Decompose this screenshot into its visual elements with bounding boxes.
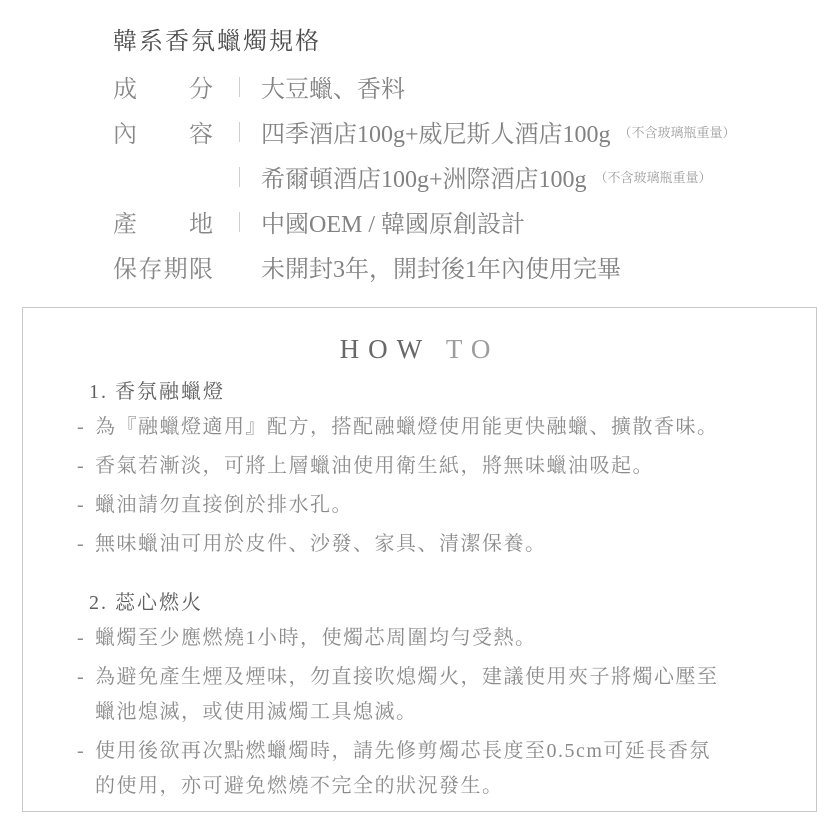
spec-row-divider	[239, 77, 240, 97]
bullet-marker: -	[77, 660, 85, 695]
spec-row-value: 希爾頓酒店100g+洲際酒店100g	[261, 159, 587, 194]
spec-row-label: 內容	[113, 114, 213, 149]
spec-row-ingredients: 成分 大豆蠟、香料	[113, 64, 736, 109]
bullet-item: - 無味蠟油可用於皮件、沙發、家具、清潔保養。	[75, 527, 782, 562]
bullet-item: - 為避免產生煙及煙味，勿直接吹熄燭火，建議使用夾子將燭心壓至 蠟池熄滅，或使用…	[75, 660, 782, 730]
product-spec: 韓系香氛蠟燭規格 成分 大豆蠟、香料 內容 四季酒店100g+威尼斯人酒店100…	[113, 27, 736, 289]
bullet-item: - 為『融蠟燈適用』配方，搭配融蠟燈使用能更快融蠟、擴散香味。	[75, 410, 782, 445]
howto-title-secondary: TO	[446, 334, 500, 364]
bullet-marker: -	[77, 621, 85, 656]
bullet-list: - 為『融蠟燈適用』配方，搭配融蠟燈使用能更快融蠟、擴散香味。 - 香氣若漸淡，…	[75, 410, 782, 562]
spec-row-shelf-life: 保存期限 未開封3年，開封後1年內使用完畢	[113, 244, 736, 289]
spec-row-divider	[239, 212, 240, 232]
bullet-item: - 蠟燭至少應燃燒1小時，使燭芯周圍均勻受熱。	[75, 621, 782, 656]
spec-row-note: （不含玻璃瓶重量）	[595, 167, 712, 186]
bullet-item: - 使用後欲再次點燃蠟燭時，請先修剪燭芯長度至0.5cm可延長香氛 的使用，亦可…	[75, 734, 782, 804]
bullet-marker: -	[77, 488, 85, 523]
product-info-page: 韓系香氛蠟燭規格 成分 大豆蠟、香料 內容 四季酒店100g+威尼斯人酒店100…	[0, 0, 836, 836]
bullet-text: 蠟油請勿直接倒於排水孔。	[95, 494, 353, 516]
section-heading: 1. 香氛融蠟燈	[89, 375, 782, 410]
bullet-list: - 蠟燭至少應燃燒1小時，使燭芯周圍均勻受熱。 - 為避免產生煙及煙味，勿直接吹…	[75, 621, 782, 804]
spec-row-value: 未開封3年，開封後1年內使用完畢	[261, 249, 621, 284]
howto-title-primary: HOW	[340, 334, 431, 364]
bullet-text: 為『融蠟燈適用』配方，搭配融蠟燈使用能更快融蠟、擴散香味。	[95, 416, 719, 438]
bullet-text: 蠟燭至少應燃燒1小時，使燭芯周圍均勻受熱。	[95, 627, 537, 649]
spec-row-value: 四季酒店100g+威尼斯人酒店100g	[261, 114, 611, 149]
spec-row-contents-2: 希爾頓酒店100g+洲際酒店100g （不含玻璃瓶重量）	[113, 154, 736, 199]
bullet-text: 為避免產生煙及煙味，勿直接吹熄燭火，建議使用夾子將燭心壓至 蠟池熄滅，或使用滅燭…	[95, 666, 719, 723]
howto-title: HOW TO	[23, 333, 816, 365]
spec-row-label: 成分	[113, 69, 213, 104]
section-heading: 2. 蕊心燃火	[89, 586, 782, 621]
bullet-text: 無味蠟油可用於皮件、沙發、家具、清潔保養。	[95, 533, 547, 555]
bullet-marker: -	[77, 410, 85, 445]
spec-row-label: 保存期限	[113, 249, 213, 284]
bullet-item: - 香氣若漸淡，可將上層蠟油使用衛生紙，將無味蠟油吸起。	[75, 449, 782, 484]
spec-rows: 成分 大豆蠟、香料 內容 四季酒店100g+威尼斯人酒店100g （不含玻璃瓶重…	[113, 64, 736, 289]
product-spec-title: 韓系香氛蠟燭規格	[113, 27, 736, 57]
bullet-marker: -	[77, 734, 85, 769]
bullet-marker: -	[77, 527, 85, 562]
spec-row-origin: 產地 中國OEM / 韓國原創設計	[113, 199, 736, 244]
bullet-marker: -	[77, 449, 85, 484]
howto-section-wick-burning: 2. 蕊心燃火 - 蠟燭至少應燃燒1小時，使燭芯周圍均勻受熱。 - 為避免產生煙…	[75, 586, 782, 804]
bullet-item: - 蠟油請勿直接倒於排水孔。	[75, 488, 782, 523]
howto-section-wax-lamp: 1. 香氛融蠟燈 - 為『融蠟燈適用』配方，搭配融蠟燈使用能更快融蠟、擴散香味。…	[75, 375, 782, 562]
spec-row-value: 大豆蠟、香料	[261, 69, 405, 104]
spec-row-label: 產地	[113, 204, 213, 239]
howto-title-space	[431, 334, 446, 364]
bullet-text: 香氣若漸淡，可將上層蠟油使用衛生紙，將無味蠟油吸起。	[95, 455, 654, 477]
spec-row-note: （不含玻璃瓶重量）	[619, 122, 736, 141]
bullet-text: 使用後欲再次點燃蠟燭時，請先修剪燭芯長度至0.5cm可延長香氛 的使用，亦可避免…	[95, 740, 711, 797]
spec-row-divider	[239, 122, 240, 142]
spec-row-value: 中國OEM / 韓國原創設計	[261, 204, 525, 239]
spec-row-divider	[239, 167, 240, 187]
spec-row-contents: 內容 四季酒店100g+威尼斯人酒店100g （不含玻璃瓶重量）	[113, 109, 736, 154]
howto-box: HOW TO 1. 香氛融蠟燈 - 為『融蠟燈適用』配方，搭配融蠟燈使用能更快融…	[22, 307, 817, 812]
